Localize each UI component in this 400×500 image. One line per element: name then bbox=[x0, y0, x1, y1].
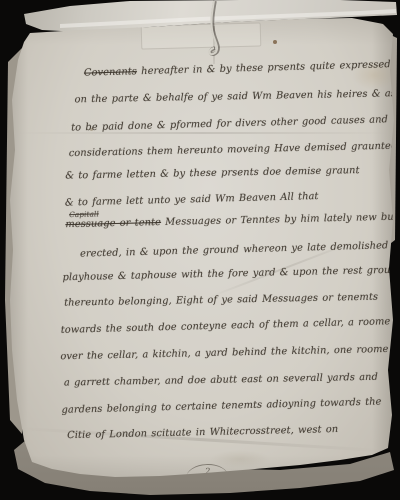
manuscript-line: erected, in & upon the ground whereon ye… bbox=[80, 239, 400, 260]
manuscript-line: thereunto belonging, Eight of ye said Me… bbox=[64, 292, 378, 309]
manuscript-line: Capitallmessuage or tente Messuages or T… bbox=[65, 211, 400, 230]
manuscript-line: gardens belonging to certaine tenemts ad… bbox=[61, 396, 381, 415]
manuscript-line: Covenants hereafter in & by these prsent… bbox=[84, 57, 400, 78]
handwritten-text-block: Covenants hereafter in & by these prsent… bbox=[0, 0, 400, 500]
manuscript-line-text: hereafter in & by these prsents quite ex… bbox=[141, 57, 400, 77]
manuscript-line: towards the south doe conteyne each of t… bbox=[61, 316, 391, 336]
binding-thread bbox=[196, 0, 240, 62]
manuscript-line: & to farme letten & by these prsents doe… bbox=[65, 165, 359, 181]
manuscript-line: on the parte & behalfe of ye said Wm Bea… bbox=[74, 88, 400, 105]
manuscript-line: & to farme lett unto ye said Wm Beaven A… bbox=[65, 191, 319, 209]
manuscript-line-text: Messuages or Tenntes by him lately new b… bbox=[165, 211, 400, 227]
manuscript-line: Citie of London scituate in Whitecrosstr… bbox=[67, 424, 338, 441]
manuscript-line: to be paid done & pformed for divers oth… bbox=[71, 114, 388, 133]
manuscript-page: Covenants hereafter in & by these prsent… bbox=[0, 0, 400, 500]
manuscript-photograph: Covenants hereafter in & by these prsent… bbox=[0, 0, 400, 500]
manuscript-line: a garrett chamber, and doe abutt east on… bbox=[64, 372, 378, 389]
manuscript-line: over the cellar, a kitchin, a yard behin… bbox=[60, 343, 400, 362]
manuscript-line: playhouse & taphouse with the fore yard … bbox=[62, 265, 400, 284]
interlinear-insertion-struck: Capitall bbox=[69, 209, 99, 219]
struck-word: Covenants bbox=[84, 66, 137, 78]
manuscript-line: considerations them hereunto moveing Hav… bbox=[69, 141, 398, 159]
struck-word: messuage or tente bbox=[65, 217, 161, 230]
